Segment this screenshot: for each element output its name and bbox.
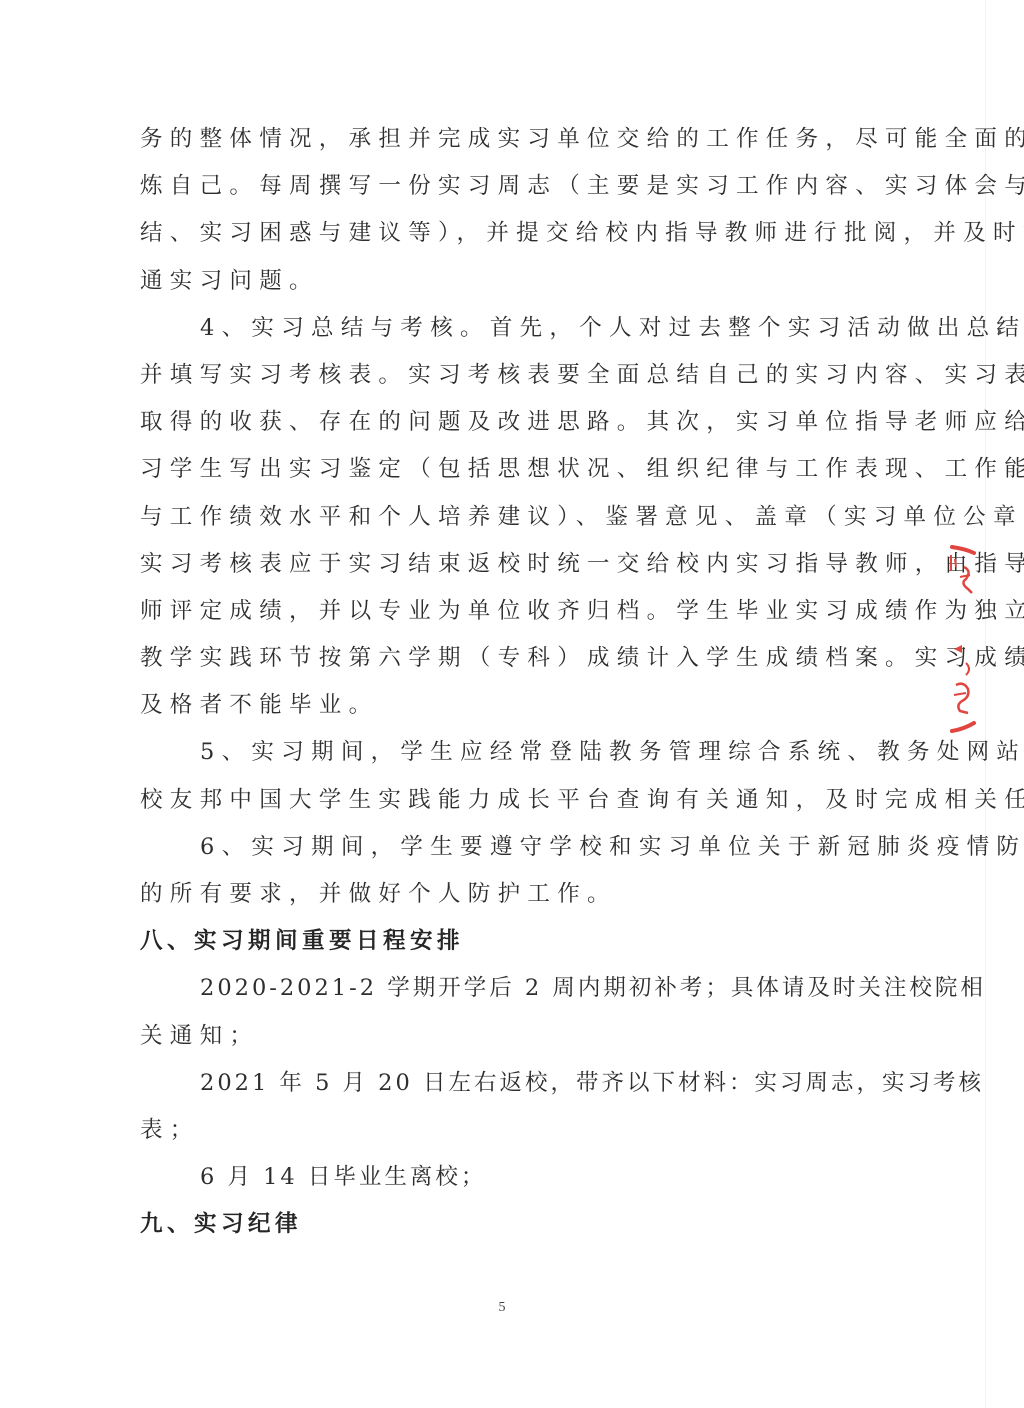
text-line: 表； <box>140 1107 862 1154</box>
text-line: 的所有要求，并做好个人防护工作。 <box>140 871 862 918</box>
text-line: 并填写实习考核表。实习考核表要全面总结自己的实习内容、实习表现、 <box>140 352 862 399</box>
text-line: 6 月 14 日毕业生离校； <box>140 1154 862 1201</box>
scan-fold-line <box>985 0 986 1408</box>
schedule-item: 2020-2021-2 学期开学后 2 周内期初补考；具体请及时关注校院相 关通… <box>140 965 862 1059</box>
text-line: 2020-2021-2 学期开学后 2 周内期初补考；具体请及时关注校院相 <box>140 965 862 1012</box>
text-line: 习学生写出实习鉴定（包括思想状况、组织纪律与工作表现、工作能力 <box>140 446 862 493</box>
text-line: 2021 年 5 月 20 日左右返校，带齐以下材料：实习周志，实习考核 <box>140 1060 862 1107</box>
red-seal-stamp-icon <box>948 545 978 735</box>
document-body: 务的整体情况，承担并完成实习单位交给的工作任务，尽可能全面的锻 炼自己。每周撰写… <box>140 116 862 1249</box>
paragraph-item-6: 6、实习期间，学生要遵守学校和实习单位关于新冠肺炎疫情防控 的所有要求，并做好个… <box>140 824 862 918</box>
paragraph-item-5: 5、实习期间，学生应经常登陆教务管理综合系统、教务处网站和 校友邦中国大学生实践… <box>140 729 862 823</box>
text-line: 教学实践环节按第六学期（专科）成绩计入学生成绩档案。实习成绩不 <box>140 635 862 682</box>
text-line: 取得的收获、存在的问题及改进思路。其次，实习单位指导老师应给实 <box>140 399 862 446</box>
text-line: 与工作绩效水平和个人培养建议）、鉴署意见、盖章（实习单位公章）。 <box>140 494 862 541</box>
section-heading-discipline: 九、实习纪律 <box>140 1201 862 1248</box>
text-line: 校友邦中国大学生实践能力成长平台查询有关通知，及时完成相关任务。 <box>140 777 862 824</box>
document-page: 务的整体情况，承担并完成实习单位交给的工作任务，尽可能全面的锻 炼自己。每周撰写… <box>0 0 1024 1408</box>
text-line: 务的整体情况，承担并完成实习单位交给的工作任务，尽可能全面的锻 <box>140 116 862 163</box>
text-line: 6、实习期间，学生要遵守学校和实习单位关于新冠肺炎疫情防控 <box>140 824 862 871</box>
schedule-item: 2021 年 5 月 20 日左右返校，带齐以下材料：实习周志，实习考核 表； <box>140 1060 862 1154</box>
page-number: 5 <box>0 1300 1004 1316</box>
text-line: 实习考核表应于实习结束返校时统一交给校内实习指导教师，由指导老 <box>140 541 862 588</box>
section-heading-schedule: 八、实习期间重要日程安排 <box>140 918 862 965</box>
text-line: 师评定成绩，并以专业为单位收齐归档。学生毕业实习成绩作为独立的 <box>140 588 862 635</box>
text-line: 5、实习期间，学生应经常登陆教务管理综合系统、教务处网站和 <box>140 729 862 776</box>
text-line: 关通知； <box>140 1013 862 1060</box>
schedule-item: 6 月 14 日毕业生离校； <box>140 1154 862 1201</box>
text-line: 4、实习总结与考核。首先，个人对过去整个实习活动做出总结， <box>140 305 862 352</box>
text-line: 结、实习困惑与建议等），并提交给校内指导教师进行批阅，并及时沟 <box>140 210 862 257</box>
text-line: 通实习问题。 <box>140 258 862 305</box>
scan-speck <box>998 330 1001 334</box>
paragraph-continuation: 务的整体情况，承担并完成实习单位交给的工作任务，尽可能全面的锻 炼自己。每周撰写… <box>140 116 862 305</box>
paragraph-item-4: 4、实习总结与考核。首先，个人对过去整个实习活动做出总结， 并填写实习考核表。实… <box>140 305 862 730</box>
text-line: 及格者不能毕业。 <box>140 682 862 729</box>
text-line: 炼自己。每周撰写一份实习周志（主要是实习工作内容、实习体会与总 <box>140 163 862 210</box>
